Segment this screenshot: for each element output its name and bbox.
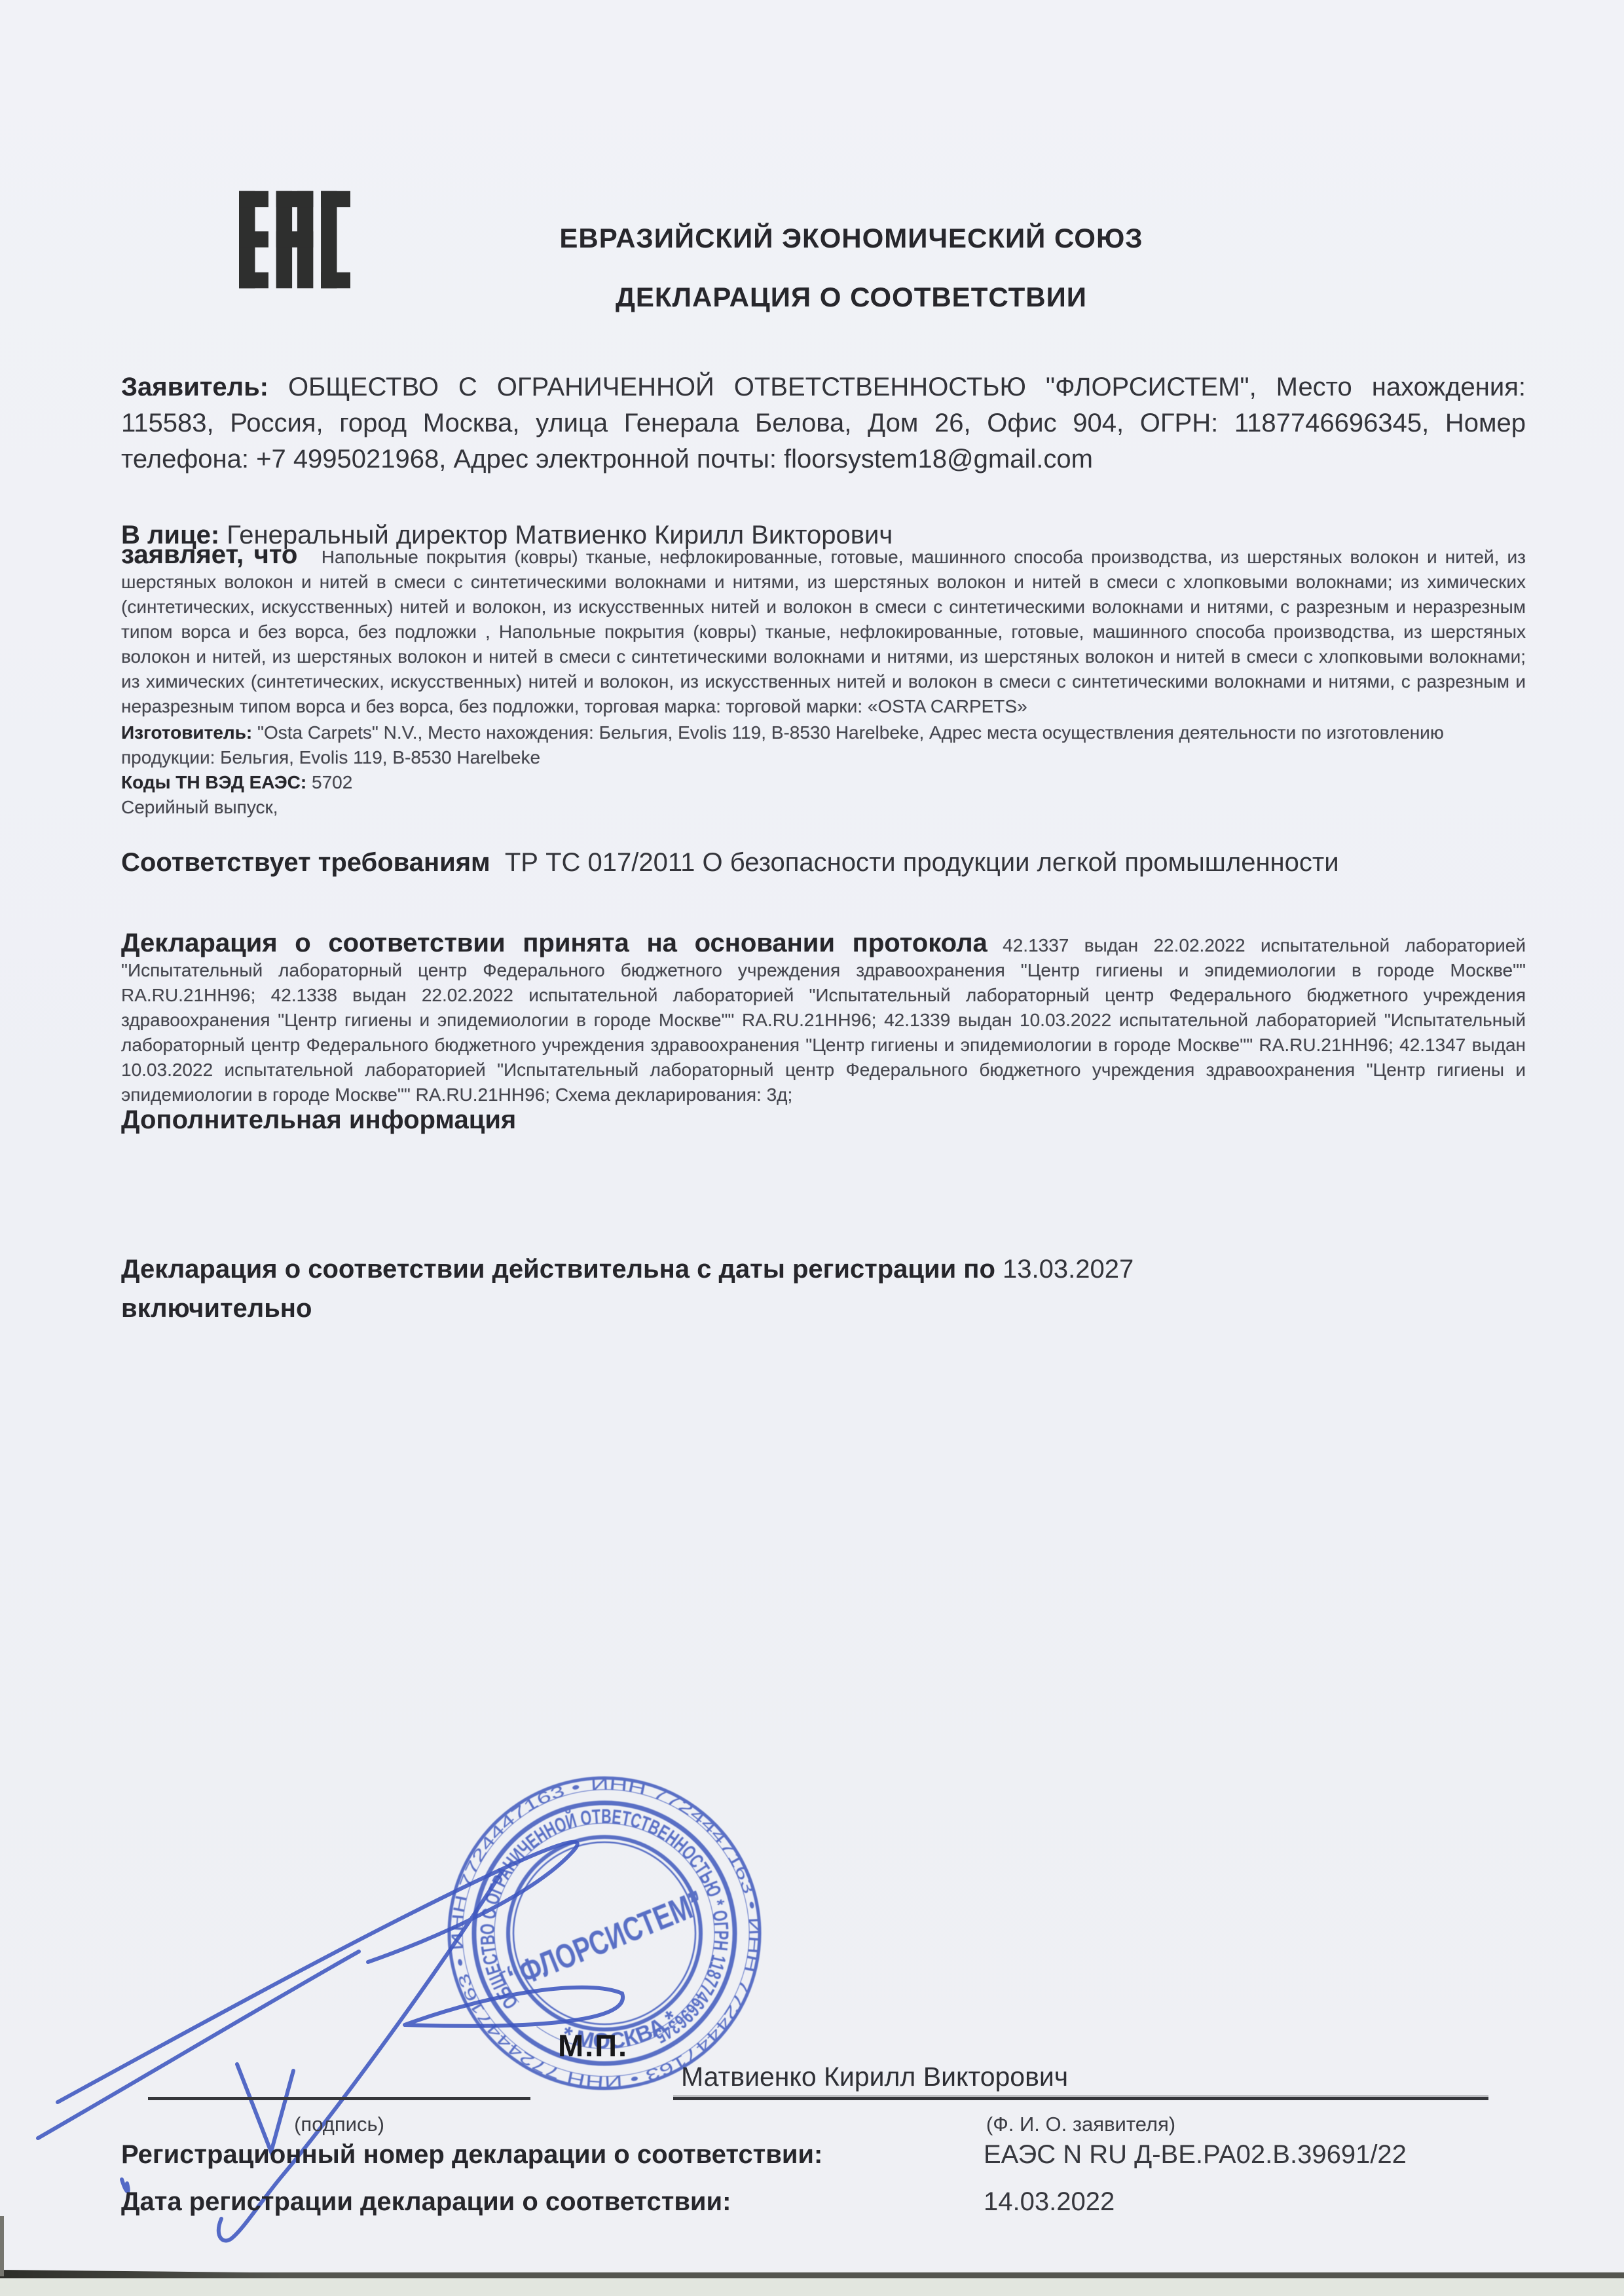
signature-line [148, 2097, 530, 2100]
registration-date-value: 14.03.2022 [984, 2187, 1115, 2217]
registration-number-value: ЕАЭС N RU Д-BE.РА02.В.39691/22 [984, 2140, 1407, 2170]
applicant-text: ОБЩЕСТВО С ОГРАНИЧЕННОЙ ОТВЕТСТВЕННОСТЬЮ… [121, 373, 1526, 473]
registration-number-label: Регистрационный номер декларации о соотв… [121, 2140, 822, 2170]
signer-full-name: Матвиенко Кирилл Викторович [681, 2062, 1068, 2092]
validity-label: Декларация о соответствии действительна … [121, 1255, 995, 1284]
declares-label: заявляет, что [121, 540, 297, 569]
compliance-paragraph: Соответствует требованиям ТР ТС 017/2011… [121, 845, 1526, 881]
validity-date: 13.03.2027 [1003, 1255, 1134, 1284]
tnved-codes-label: Коды ТН ВЭД ЕАЭС: [121, 772, 306, 792]
name-line [673, 2097, 1488, 2100]
manufacturer-text: "Osta Carpets" N.V., Место нахождения: Б… [121, 722, 1444, 768]
document-title: ДЕКЛАРАЦИЯ О СООТВЕТСТВИИ [393, 282, 1310, 313]
applicant-label: Заявитель: [121, 373, 268, 401]
additional-info-heading: Дополнительная информация [121, 1105, 1526, 1135]
product-description: заявляет, что Напольные покрытия (ковры)… [121, 542, 1526, 719]
seal-place-mark: М.П. [558, 2028, 628, 2064]
basis-paragraph: Декларация о соответствии принята на осн… [121, 931, 1526, 1107]
eac-logo-icon [239, 190, 350, 289]
validity-suffix: включительно [121, 1294, 312, 1323]
basis-text: 42.1337 выдан 22.02.2022 испытательной л… [121, 935, 1526, 1105]
validity-paragraph: Декларация о соответствии действительна … [121, 1250, 1526, 1328]
name-caption: (Ф. И. О. заявителя) [673, 2113, 1488, 2136]
manufacturer-label: Изготовитель: [121, 722, 252, 743]
serial-release-line: Серийный выпуск, [121, 795, 1526, 820]
scan-left-edge [0, 2216, 4, 2276]
scan-edge-background [0, 2278, 1624, 2296]
declaration-document-scan: ЕВРАЗИЙСКИЙ ЭКОНОМИЧЕСКИЙ СОЮЗ ДЕКЛАРАЦИ… [0, 0, 1624, 2296]
applicant-paragraph: Заявитель: ОБЩЕСТВО С ОГРАНИЧЕННОЙ ОТВЕТ… [121, 369, 1526, 477]
union-title: ЕВРАЗИЙСКИЙ ЭКОНОМИЧЕСКИЙ СОЮЗ [393, 223, 1310, 254]
tnved-codes-line: Коды ТН ВЭД ЕАЭС: 5702 [121, 770, 1526, 795]
basis-label: Декларация о соответствии принята на осн… [121, 929, 987, 957]
product-text: Напольные покрытия (ковры) тканые, нефло… [121, 547, 1526, 716]
compliance-label: Соответствует требованиям [121, 848, 490, 877]
manufacturer-line: Изготовитель: "Osta Carpets" N.V., Место… [121, 720, 1526, 770]
document-header: ЕВРАЗИЙСКИЙ ЭКОНОМИЧЕСКИЙ СОЮЗ ДЕКЛАРАЦИ… [393, 223, 1310, 313]
declaration-subject: заявляет, что Напольные покрытия (ковры)… [121, 542, 1526, 820]
compliance-value: ТР ТС 017/2011 О безопасности продукции … [505, 848, 1339, 877]
tnved-codes-value: 5702 [312, 772, 352, 792]
signature-caption: (подпись) [148, 2113, 530, 2136]
registration-date-label: Дата регистрации декларации о соответств… [121, 2187, 731, 2217]
